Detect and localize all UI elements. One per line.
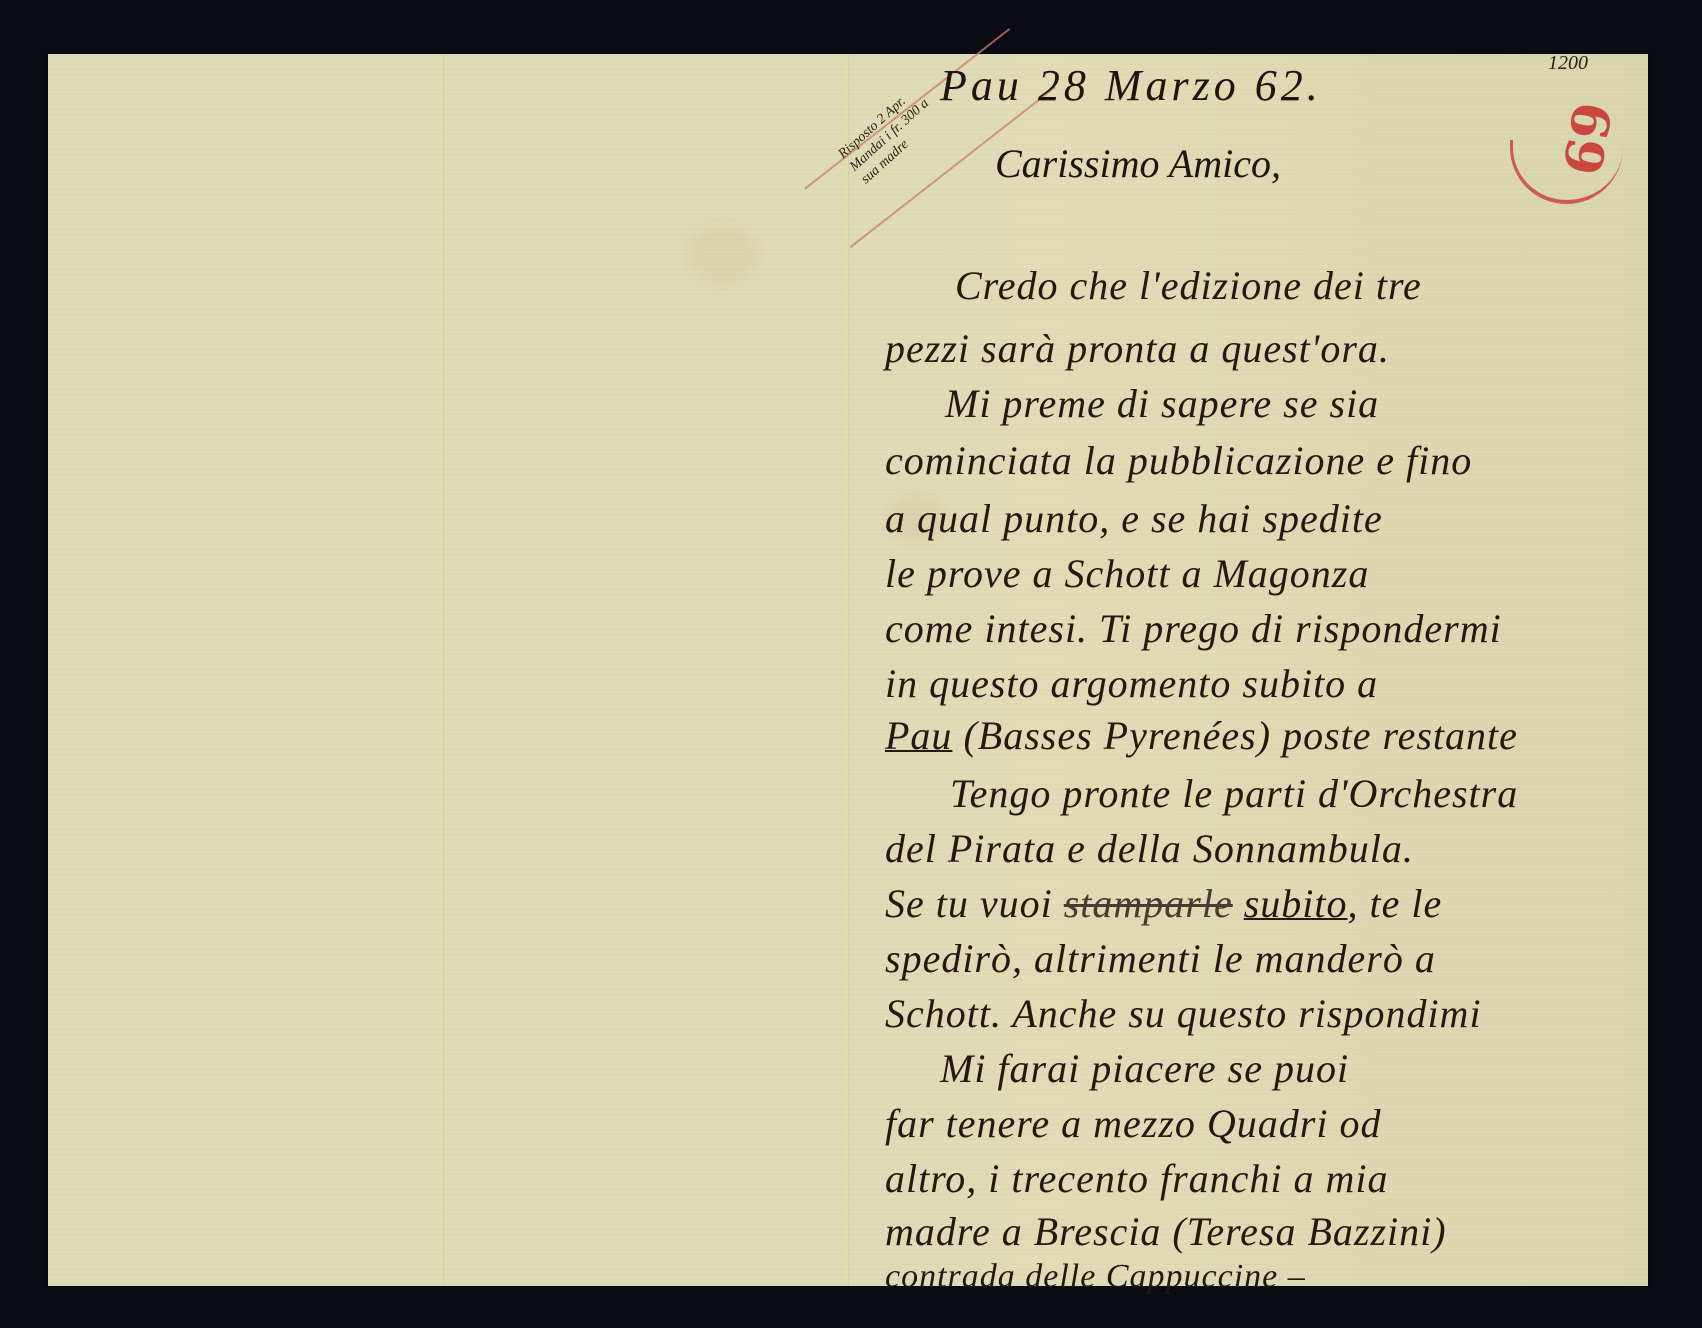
body-line: spedirò, altrimenti le manderò a	[885, 935, 1436, 982]
body-line: Se tu vuoi stamparle subito, te le	[885, 880, 1442, 927]
underlined-place: Pau	[885, 713, 952, 758]
body-line: pezzi sarà pronta a quest'ora.	[885, 325, 1390, 372]
letter-date: Pau 28 Marzo 62.	[940, 60, 1322, 111]
body-line: le prove a Schott a Magonza	[885, 550, 1369, 597]
body-line: in questo argomento subito a	[885, 660, 1378, 707]
body-line: Tengo pronte le parti d'Orchestra	[950, 770, 1518, 817]
struck-word: stamparle	[1064, 881, 1233, 926]
body-line: cominciata la pubblicazione e fino	[885, 437, 1472, 484]
body-line: far tenere a mezzo Quadri od	[885, 1100, 1381, 1147]
spacer	[1233, 881, 1244, 926]
body-line: Schott. Anche su questo rispondimi	[885, 990, 1482, 1037]
letter-salutation: Carissimo Amico,	[995, 140, 1281, 187]
body-line: del Pirata e della Sonnambula.	[885, 825, 1414, 872]
archive-number: 1200	[1548, 52, 1588, 75]
body-line: a qual punto, e se hai spedite	[885, 495, 1383, 542]
folio-number: 69	[1550, 98, 1623, 180]
body-line-text: , te le	[1348, 881, 1443, 926]
body-line: come intesi. Ti prego di rispondermi	[885, 605, 1502, 652]
body-line: Credo che l'edizione dei tre	[955, 262, 1422, 309]
body-line: Pau (Basses Pyrenées) poste restante	[885, 712, 1518, 759]
body-line-text: Se tu vuoi	[885, 881, 1064, 926]
underlined-word: subito	[1244, 881, 1348, 926]
red-folio-mark: 69	[1510, 100, 1630, 200]
body-line-text: (Basses Pyrenées) poste restante	[952, 713, 1517, 758]
body-line: Mi preme di sapere se sia	[945, 380, 1379, 427]
body-line: altro, i trecento franchi a mia	[885, 1155, 1389, 1202]
body-line: Mi farai piacere se puoi	[940, 1045, 1349, 1092]
paper-fold-line	[440, 54, 443, 1286]
body-line: contrada delle Cappuccine –	[885, 1258, 1306, 1296]
body-line: madre a Brescia (Teresa Bazzini)	[885, 1208, 1447, 1255]
paper-stain	[688, 224, 758, 284]
